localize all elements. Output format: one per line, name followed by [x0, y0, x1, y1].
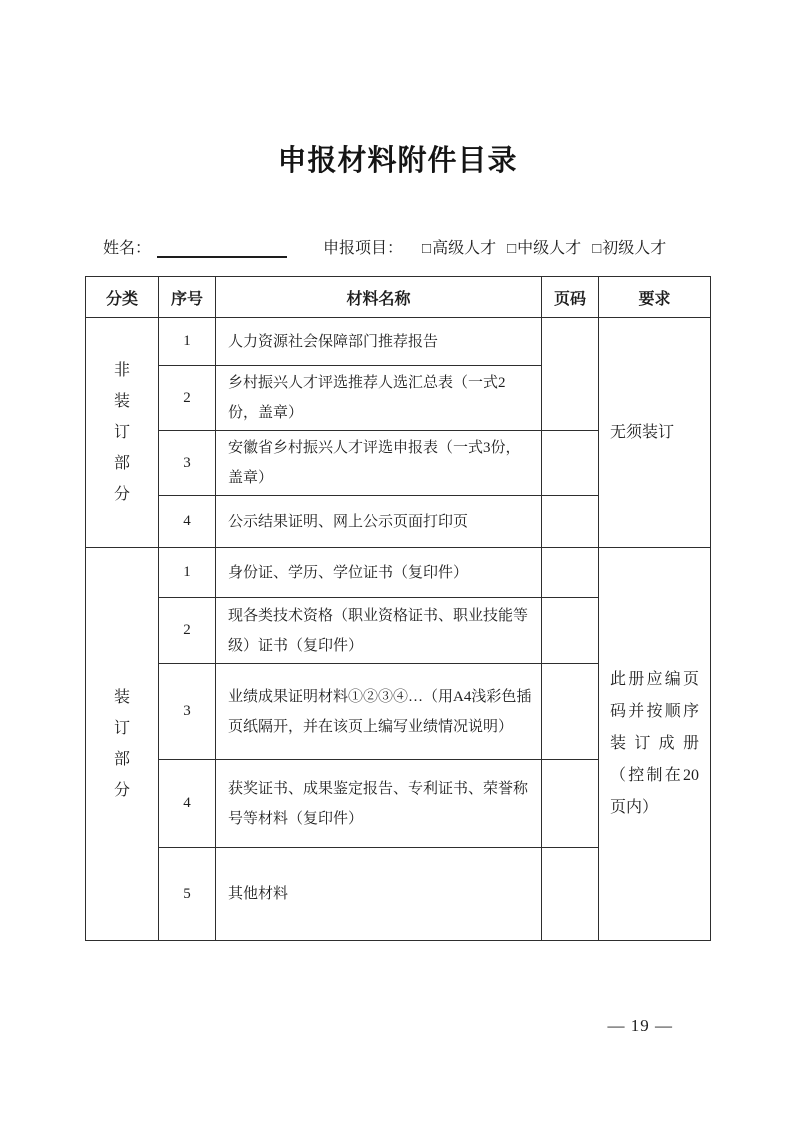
page-no-cell [542, 760, 599, 848]
document-content: 申报材料附件目录 姓名： 申报项目： □ 高级人才 □ 中级人才 □ 初级人才 [85, 0, 710, 941]
checkbox-icon: □ [592, 241, 601, 258]
name-label: 姓名： [103, 235, 151, 258]
option-label: 高级人才 [432, 235, 496, 258]
checkbox-icon: □ [507, 241, 516, 258]
category-cell-bound: 装订部分 [86, 548, 159, 941]
material-name-cell: 公示结果证明、网上公示页面打印页 [216, 496, 542, 548]
serial-cell: 4 [159, 760, 216, 848]
project-label: 申报项目： [323, 235, 403, 258]
serial-cell: 2 [159, 598, 216, 664]
material-name-cell: 获奖证书、成果鉴定报告、专利证书、荣誉称号等材料（复印件） [216, 760, 542, 848]
checkbox-option-junior: □ 初级人才 [592, 235, 666, 258]
table-row: 装订部分 1 身份证、学历、学位证书（复印件） 此册应编页码并按顺序装订成册（控… [86, 548, 711, 598]
material-name-cell: 业绩成果证明材料①②③④…（用A4浅彩色插页纸隔开，并在该页上编写业绩情况说明） [216, 664, 542, 760]
material-name-cell: 安徽省乡村振兴人才评选申报表（一式3份，盖章） [216, 431, 542, 496]
category-vertical-label: 装订部分 [112, 682, 131, 806]
name-field-underline [157, 238, 287, 258]
material-name-cell: 其他材料 [216, 848, 542, 941]
checkbox-icon: □ [422, 241, 431, 258]
header-cell-category: 分类 [86, 277, 159, 318]
page-no-cell [542, 548, 599, 598]
page-number: — 19 — [608, 1016, 674, 1036]
checkbox-option-intermediate: □ 中级人才 [507, 235, 581, 258]
header-cell-serial: 序号 [159, 277, 216, 318]
checkbox-option-senior: □ 高级人才 [422, 235, 496, 258]
page-no-cell [542, 664, 599, 760]
page-title: 申报材料附件目录 [85, 138, 710, 179]
table-header-row: 分类 序号 材料名称 页码 要求 [86, 277, 711, 318]
header-cell-page-no: 页码 [542, 277, 599, 318]
page-no-cell [542, 431, 599, 496]
serial-cell: 2 [159, 366, 216, 431]
table-row: 非装订部分 1 人力资源社会保障部门推荐报告 无须装订 [86, 318, 711, 366]
requirement-cell: 无须装订 [599, 318, 711, 548]
category-cell-unbound: 非装订部分 [86, 318, 159, 548]
material-name-cell: 身份证、学历、学位证书（复印件） [216, 548, 542, 598]
material-name-cell: 现各类技术资格（职业资格证书、职业技能等级）证书（复印件） [216, 598, 542, 664]
applicant-info-row: 姓名： 申报项目： □ 高级人才 □ 中级人才 □ 初级人才 [85, 232, 710, 258]
category-vertical-label: 非装订部分 [112, 355, 131, 510]
project-options: □ 高级人才 □ 中级人才 □ 初级人才 [422, 235, 666, 258]
serial-cell: 5 [159, 848, 216, 941]
option-label: 中级人才 [517, 235, 581, 258]
serial-cell: 3 [159, 664, 216, 760]
document-page: 申报材料附件目录 姓名： 申报项目： □ 高级人才 □ 中级人才 □ 初级人才 [0, 0, 793, 1122]
page-no-cell [542, 496, 599, 548]
page-no-cell [542, 848, 599, 941]
serial-cell: 3 [159, 431, 216, 496]
page-no-cell [542, 598, 599, 664]
header-cell-material-name: 材料名称 [216, 277, 542, 318]
option-label: 初级人才 [602, 235, 666, 258]
serial-cell: 1 [159, 548, 216, 598]
requirement-cell: 此册应编页码并按顺序装订成册（控制在20页内） [599, 548, 711, 941]
serial-cell: 1 [159, 318, 216, 366]
material-name-cell: 人力资源社会保障部门推荐报告 [216, 318, 542, 366]
header-cell-requirement: 要求 [599, 277, 711, 318]
material-name-cell: 乡村振兴人才评选推荐人选汇总表（一式2份，盖章） [216, 366, 542, 431]
serial-cell: 4 [159, 496, 216, 548]
materials-table: 分类 序号 材料名称 页码 要求 非装订部分 1 人力资源社会保障部门推荐报告 … [85, 276, 711, 941]
page-no-cell [542, 318, 599, 431]
